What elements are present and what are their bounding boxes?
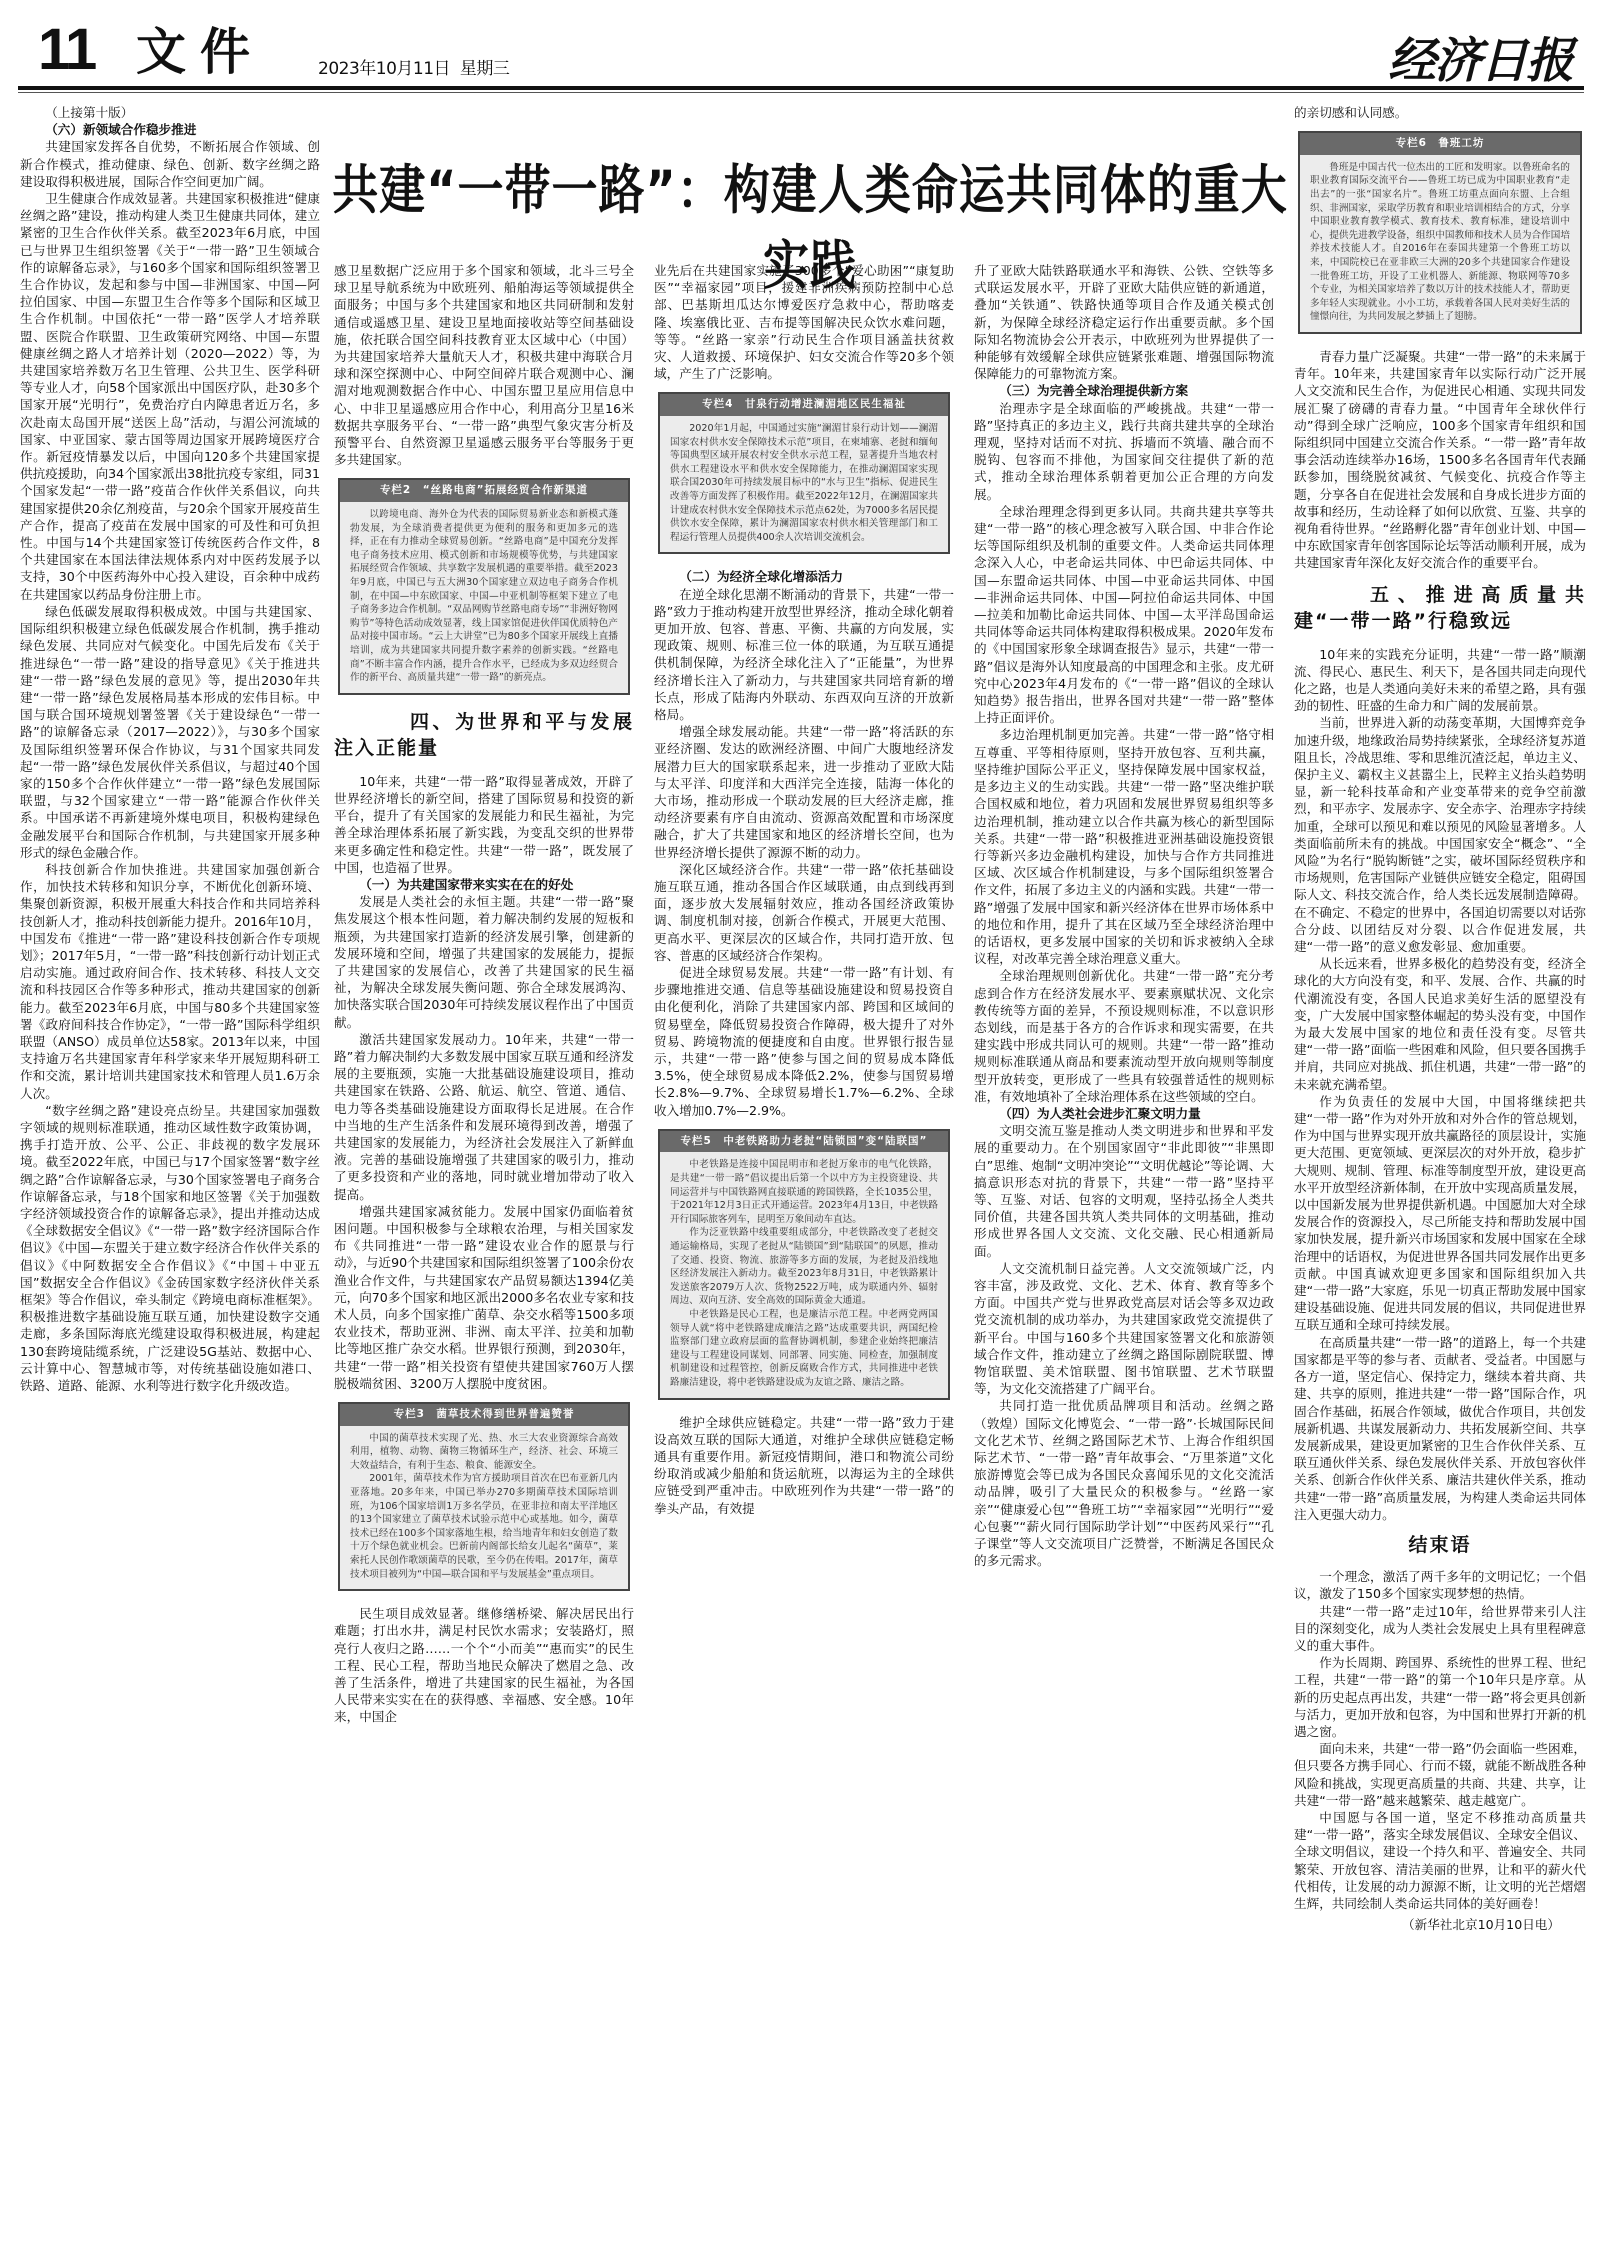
paragraph: 业先后在共建国家实施了300多个“爱心助困”“康复助医”“幸福家园”项目，援建非… (654, 262, 954, 382)
paragraph: 科技创新合作加快推进。共建国家加强创新合作，加快技术转移和知识分享，不断优化创新… (20, 861, 320, 1102)
section-5-title: 五、推进高质量共建“一带一路”行稳致远 (1294, 582, 1586, 634)
paragraph: 增强共建国家减贫能力。发展中国家仍面临着贫困问题。中国积极参与全球粮农治理，与相… (334, 1203, 634, 1392)
paragraph: 全球治理理念得到更多认同。共商共建共享等共建“一带一路”的核心理念被写入联合国、… (974, 503, 1274, 727)
paragraph: 中国愿与各国一道，坚定不移推动高质量共建“一带一路”，落实全球发展倡议、全球安全… (1294, 1809, 1586, 1912)
paragraph: 激活共建国家发展动力。10年来，共建“一带一路”着力解决制约大多数发展中国家互联… (334, 1031, 634, 1203)
paragraph: 多边治理机制更加完善。共建“一带一路”恪守相互尊重、平等相待原则，坚持开放包容、… (974, 726, 1274, 967)
box-text: 2020年1月起，中国通过实施“澜湄甘泉行动计划——澜湄国家农村供水安全保障技术… (670, 422, 938, 544)
weekday: 星期三 (460, 59, 510, 79)
paragraph: 共建“一带一路”走过10年，给世界带来引人注目的深刻变化，成为人类社会发展史上具… (1294, 1603, 1586, 1655)
sidebar-box-2: 专栏2 “丝路电商”拓展经贸合作新渠道 以跨境电商、海外仓为代表的国际贸易新业态… (338, 478, 630, 694)
subhead-civilization: （四）为人类社会进步汇聚文明力量 (974, 1105, 1274, 1122)
paragraph: 在逆全球化思潮不断涌动的背景下，共建“一带一路”致力于推动构建开放型世界经济，推… (654, 586, 954, 724)
paragraph: 在高质量共建“一带一路”的道路上，每一个共建国家都是平等的参与者、贡献者、受益者… (1294, 1334, 1586, 1523)
column-5: 的亲切感和认同感。 专栏6 鲁班工坊 鲁班是中国古代一位杰出的工匠和发明家。以鲁… (1294, 104, 1586, 2254)
box-title: 专栏3 菌草技术得到世界普遍赞誉 (340, 1404, 628, 1426)
paragraph: 一个理念，激活了两千多年的文明记忆；一个倡议，激发了150多个国家实现梦想的热情… (1294, 1568, 1586, 1602)
column-1: （上接第十版） （六）新领域合作稳步推进 共建国家发挥各自优势，不断拓展合作领域… (20, 104, 320, 2254)
masthead-rule-thin (18, 92, 1584, 93)
box-title: 专栏2 “丝路电商”拓展经贸合作新渠道 (340, 480, 628, 502)
box-text: 中国的菌草技术实现了光、热、水三大农业资源综合高效利用，植物、动物、菌物三物循环… (350, 1432, 618, 1473)
paragraph: 维护全球供应链稳定。共建“一带一路”致力于建设高效互联的国际大通道，对维护全球供… (654, 1414, 954, 1517)
paragraph: 作为长周期、跨国界、系统性的世界工程、世纪工程，共建“一带一路”的第一个10年只… (1294, 1654, 1586, 1740)
masthead: 11 文件 2023年10月11日 星期三 经济日报 (18, 0, 1584, 88)
subhead-governance: （三）为完善全球治理提供新方案 (974, 382, 1274, 399)
box-text: 作为泛亚铁路中线重要组成部分，中老铁路改变了老挝交通运输格局，实现了老挝从“陆锁… (670, 1226, 938, 1308)
paragraph: 发展是人类社会的永恒主题。共建“一带一路”聚焦发展这个根本性问题，着力解决制约发… (334, 893, 634, 1031)
paragraph: 民生项目成效显著。继修缮桥梁、解决居民出行难题；打出水井，满足村民饮水需求；安装… (334, 1605, 634, 1725)
box-text: 鲁班是中国古代一位杰出的工匠和发明家。以鲁班命名的职业教育国际交流平台——鲁班工… (1310, 161, 1570, 324)
paragraph: 10年来的实践充分证明，共建“一带一路”顺潮流、得民心、惠民生、利天下，是各国共… (1294, 646, 1586, 715)
dateline-signoff: （新华社北京10月10日电） (1294, 1916, 1586, 1933)
paragraph: 当前，世界进入新的动荡变革期，大国博弈竞争加速升级，地缘政治局势持续紧张，全球经… (1294, 714, 1586, 955)
paragraph: 的亲切感和认同感。 (1294, 104, 1586, 121)
subhead-new-fields: （六）新领域合作稳步推进 (20, 121, 320, 138)
continued-note: （上接第十版） (20, 104, 320, 121)
paragraph: 文明交流互鉴是推动人类文明进步和世界和平发展的重要动力。在个别国家固守“非此即彼… (974, 1122, 1274, 1260)
box-text: 2001年，菌草技术作为官方援助项目首次在巴布亚新几内亚落地。20多年来，中国已… (350, 1472, 618, 1581)
box-title: 专栏6 鲁班工坊 (1300, 133, 1580, 155)
sidebar-box-5: 专栏5 中老铁路助力老挝“陆锁国”变“陆联国” 中老铁路是连接中国昆明市和老挝万… (658, 1129, 950, 1400)
paragraph: 面向未来，共建“一带一路”仍会面临一些困难，但只要各方携手同心、行而不辍，就能不… (1294, 1740, 1586, 1809)
masthead-rule (18, 86, 1584, 90)
paragraph: 升了亚欧大陆铁路联通水平和海铁、公铁、空铁等多式联运发展水平，开辟了亚欧大陆供应… (974, 262, 1274, 382)
paragraph: 感卫星数据广泛应用于多个国家和领域，北斗三号全球卫星导航系统为中欧班列、船舶海运… (334, 262, 634, 468)
paragraph: 作为负责任的发展中大国，中国将继续把共建“一带一路”作为对外开放和对外合作的管总… (1294, 1093, 1586, 1334)
paragraph: 深化区域经济合作。共建“一带一路”依托基础设施互联互通，推动各国合作区域联通，由… (654, 861, 954, 964)
box-text: 以跨境电商、海外仓为代表的国际贸易新业态和新模式蓬勃发展，为全球消费者提供更为便… (350, 508, 618, 685)
paragraph: 从长远来看，世界多极化的趋势没有变，经济全球化的大方向没有变，和平、发展、合作、… (1294, 955, 1586, 1093)
paper-logo: 经济日报 (1388, 22, 1572, 91)
section-4-title: 四、为世界和平与发展注入正能量 (334, 709, 634, 761)
paragraph: 绿色低碳发展取得积极成效。中国与共建国家、国际组织积极建立绿色低碳发展合作机制，… (20, 603, 320, 861)
paragraph: 促进全球贸易发展。共建“一带一路”有计划、有步骤地推进交通、信息等基础设施建设和… (654, 964, 954, 1119)
sidebar-box-3: 专栏3 菌草技术得到世界普遍赞誉 中国的菌草技术实现了光、热、水三大农业资源综合… (338, 1402, 630, 1591)
column-2: 感卫星数据广泛应用于多个国家和领域，北斗三号全球卫星导航系统为中欧班列、船舶海运… (334, 262, 634, 2254)
paragraph: 增强全球发展动能。共建“一带一路”将活跃的东亚经济圈、发达的欧洲经济圈、中间广大… (654, 723, 954, 861)
box-text: 中老铁路是连接中国昆明市和老挝万象市的电气化铁路，是共建“一带一路”倡议提出后第… (670, 1158, 938, 1226)
sidebar-box-6: 专栏6 鲁班工坊 鲁班是中国古代一位杰出的工匠和发明家。以鲁班命名的职业教育国际… (1298, 131, 1582, 334)
paragraph: “数字丝绸之路”建设亮点纷呈。共建国家加强数字领域的规则标准联通，推动区域性数字… (20, 1102, 320, 1394)
paragraph: 共建国家发挥各自优势，不断拓展合作领域、创新合作模式，推动健康、绿色、创新、数字… (20, 138, 320, 190)
box-title: 专栏4 甘泉行动增进澜湄地区民生福祉 (660, 394, 948, 416)
column-4: 升了亚欧大陆铁路联通水平和海铁、公铁、空铁等多式联运发展水平，开辟了亚欧大陆供应… (974, 262, 1274, 2254)
paragraph: 全球治理规则创新优化。共建“一带一路”充分考虑到合作方在经济发展水平、要素禀赋状… (974, 967, 1274, 1105)
box-title: 专栏5 中老铁路助力老挝“陆锁国”变“陆联国” (660, 1131, 948, 1153)
paragraph: 人文交流机制日益完善。人文交流领域广泛，内容丰富，涉及政党、文化、艺术、体育、教… (974, 1260, 1274, 1398)
closing-title: 结束语 (1294, 1537, 1586, 1554)
paragraph: 治理赤字是全球面临的严峻挑战。共建“一带一路”坚持真正的多边主义，践行共商共建共… (974, 400, 1274, 503)
paragraph: 10年来，共建“一带一路”取得显著成效，开辟了世界经济增长的新空间，搭建了国际贸… (334, 773, 634, 876)
date: 2023年10月11日 (318, 59, 450, 79)
issue-date: 2023年10月11日 星期三 (318, 54, 509, 79)
section-name: 文件 (136, 24, 264, 80)
subhead-benefits: （一）为共建国家带来实实在在的好处 (334, 876, 634, 893)
paragraph: 共同打造一批优质品牌项目和活动。丝绸之路（敦煌）国际文化博览会、“一带一路”·长… (974, 1397, 1274, 1569)
box-text: 中老铁路是民心工程，也是廉洁示范工程。中老两党两国领导人就“将中老铁路建成廉洁之… (670, 1308, 938, 1390)
paragraph: 青春力量广泛凝聚。共建“一带一路”的未来属于青年。10年来，共建国家青年以实际行… (1294, 348, 1586, 572)
subhead-globalization: （二）为经济全球化增添活力 (654, 568, 954, 585)
page-number: 11 (38, 20, 95, 80)
column-3: 业先后在共建国家实施了300多个“爱心助困”“康复助医”“幸福家园”项目，援建非… (654, 262, 954, 2254)
sidebar-box-4: 专栏4 甘泉行动增进澜湄地区民生福祉 2020年1月起，中国通过实施“澜湄甘泉行… (658, 392, 950, 554)
paragraph: 卫生健康合作成效显著。共建国家积极推进“健康丝绸之路”建设，推动构建人类卫生健康… (20, 190, 320, 603)
